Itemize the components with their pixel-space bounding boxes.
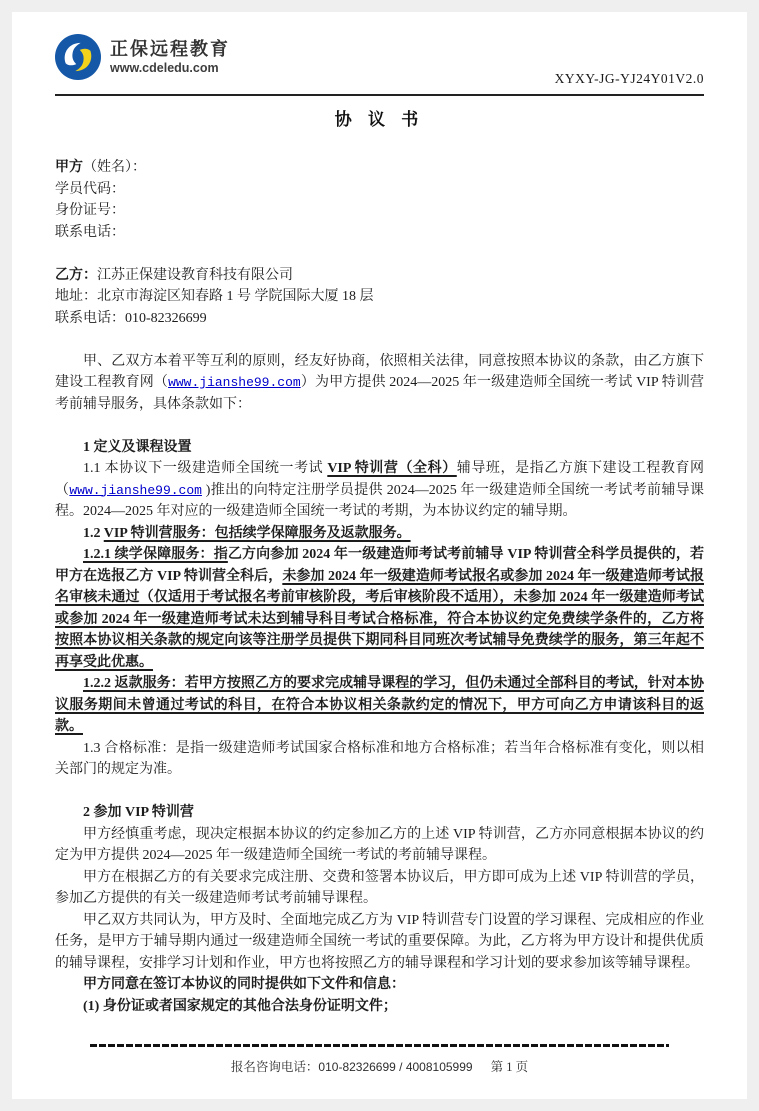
jianshe99-link[interactable]: www.jianshe99.com xyxy=(69,483,202,498)
clause-2-para-3: 甲乙双方共同认为，甲方及时、全面地完成乙方为 VIP 特训营专门设置的学习课程、… xyxy=(55,910,704,975)
documents-required-item-1: (1) 身份证或者国家规定的其他合法身份证明文件； xyxy=(55,996,704,1018)
logo-swirl-icon xyxy=(55,34,101,80)
hotline-label: 报名咨询电话： xyxy=(231,1060,319,1074)
text-segment: 1.3 合格标准：是指一级建造师考试国家合格标准和地方合格标准；若当年合格标准有… xyxy=(55,741,704,778)
clause-1-1: 1.1 本协议下一级建造师全国统一考试 VIP 特训营（全科）辅导班，是指乙方旗… xyxy=(55,458,704,523)
text-segment: 甲乙双方共同认为，甲方及时、全面地完成乙方为 VIP 特训营专门设置的学习课程、… xyxy=(55,913,704,971)
text-segment: 联系电话：010-82326699 xyxy=(55,311,207,326)
page-title: 协 议 书 xyxy=(12,105,747,130)
text-segment: 甲方 xyxy=(55,160,83,175)
text-segment: 1 定义及课程设置 xyxy=(83,440,192,455)
blank-line xyxy=(55,329,704,351)
page-number: 第 1 页 xyxy=(491,1060,529,1074)
text-segment: 1.2.1 续学保障服务：指 xyxy=(83,547,228,562)
document-page: 正保远程教育 www.cdeledu.com XYXY-JG-YJ24Y01V2… xyxy=(12,12,747,1099)
document-body: 甲方（姓名）：学员代码：身份证号：联系电话：乙方：江苏正保建设教育科技有限公司地… xyxy=(55,157,704,1017)
text-segment: VIP 特训营（全科） xyxy=(327,461,456,476)
intro-paragraph: 甲、乙双方本着平等互利的原则，经友好协商，依照相关法律，同意按照本协议的条款，由… xyxy=(55,351,704,416)
party-b-phone-line: 联系电话：010-82326699 xyxy=(55,308,704,330)
blank-line xyxy=(55,415,704,437)
text-segment: 乙方： xyxy=(55,268,97,283)
text-segment: 地址：北京市海淀区知春路 1 号 学院国际大厦 18 层 xyxy=(55,289,374,304)
document-footer: 报名咨询电话：010-82326699 / 4008105999第 1 页 xyxy=(12,1044,747,1075)
clause-1-2-2: 1.2.2 返款服务：若甲方按照乙方的要求完成辅导课程的学习，但仍未通过全部科目… xyxy=(55,673,704,738)
footer-text: 报名咨询电话：010-82326699 / 4008105999第 1 页 xyxy=(12,1057,747,1075)
hotline-numbers: 010-82326699 / 4008105999 xyxy=(318,1060,472,1074)
text-segment: 1.2 xyxy=(83,526,104,541)
party-a-phone-line: 联系电话： xyxy=(55,222,704,244)
text-segment: 学员代码： xyxy=(55,182,125,197)
text-segment: （姓名）： xyxy=(83,160,146,175)
party-a-name-line: 甲方（姓名）： xyxy=(55,157,704,179)
text-segment: 1.1 本协议下一级建造师全国统一考试 xyxy=(83,461,327,476)
text-segment: 身份证号： xyxy=(55,203,125,218)
text-segment: 联系电话： xyxy=(55,225,125,240)
blank-line xyxy=(55,781,704,803)
text-segment: 2 参加 VIP 特训营 xyxy=(83,805,194,820)
clause-2-para-1: 甲方经慎重考虑，现决定根据本协议的约定参加乙方的上述 VIP 特训营，乙方亦同意… xyxy=(55,824,704,867)
brand-name: 正保远程教育 xyxy=(110,38,230,60)
text-segment: 甲方经慎重考虑，现决定根据本协议的约定参加乙方的上述 VIP 特训营，乙方亦同意… xyxy=(55,827,704,864)
documents-required-heading: 甲方同意在签订本协议的同时提供如下文件和信息： xyxy=(55,974,704,996)
document-header: 正保远程教育 www.cdeledu.com XYXY-JG-YJ24Y01V2… xyxy=(55,12,704,96)
text-segment: 甲方同意在签订本协议的同时提供如下文件和信息： xyxy=(83,977,405,992)
text-segment: (1) 身份证或者国家规定的其他合法身份证明文件； xyxy=(83,999,397,1014)
clause-1-2: 1.2 VIP 特训营服务：包括续学保障服务及返款服务。 xyxy=(55,523,704,545)
blank-line xyxy=(55,243,704,265)
clause-1-2-1: 1.2.1 续学保障服务：指乙方向参加 2024 年一级建造师考试考前辅导 VI… xyxy=(55,544,704,673)
document-code: XYXY-JG-YJ24Y01V2.0 xyxy=(555,71,704,87)
text-segment: 江苏正保建设教育科技有限公司 xyxy=(97,268,293,283)
clause-2-para-2: 甲方在根据乙方的有关要求完成注册、交费和签署本协议后，甲方即可成为上述 VIP … xyxy=(55,867,704,910)
clause-1-3: 1.3 合格标准：是指一级建造师考试国家合格标准和地方合格标准；若当年合格标准有… xyxy=(55,738,704,781)
brand-website: www.cdeledu.com xyxy=(110,60,230,76)
section-1-heading: 1 定义及课程设置 xyxy=(55,437,704,459)
party-b-address-line: 地址：北京市海淀区知春路 1 号 学院国际大厦 18 层 xyxy=(55,286,704,308)
text-segment: VIP 特训营服务：包括续学保障服务及返款服务。 xyxy=(104,526,411,541)
party-b-name-line: 乙方：江苏正保建设教育科技有限公司 xyxy=(55,265,704,287)
section-2-heading: 2 参加 VIP 特训营 xyxy=(55,802,704,824)
id-number-line: 身份证号： xyxy=(55,200,704,222)
text-segment: 甲方在根据乙方的有关要求完成注册、交费和签署本协议后，甲方即可成为上述 VIP … xyxy=(55,870,704,907)
logo-text-block: 正保远程教育 www.cdeledu.com xyxy=(110,38,230,76)
jianshe99-link[interactable]: www.jianshe99.com xyxy=(168,375,301,390)
footer-divider xyxy=(90,1044,669,1047)
student-code-line: 学员代码： xyxy=(55,179,704,201)
text-segment: 1.2.2 返款服务：若甲方按照乙方的要求完成辅导课程的学习，但仍未通过全部科目… xyxy=(55,676,704,734)
